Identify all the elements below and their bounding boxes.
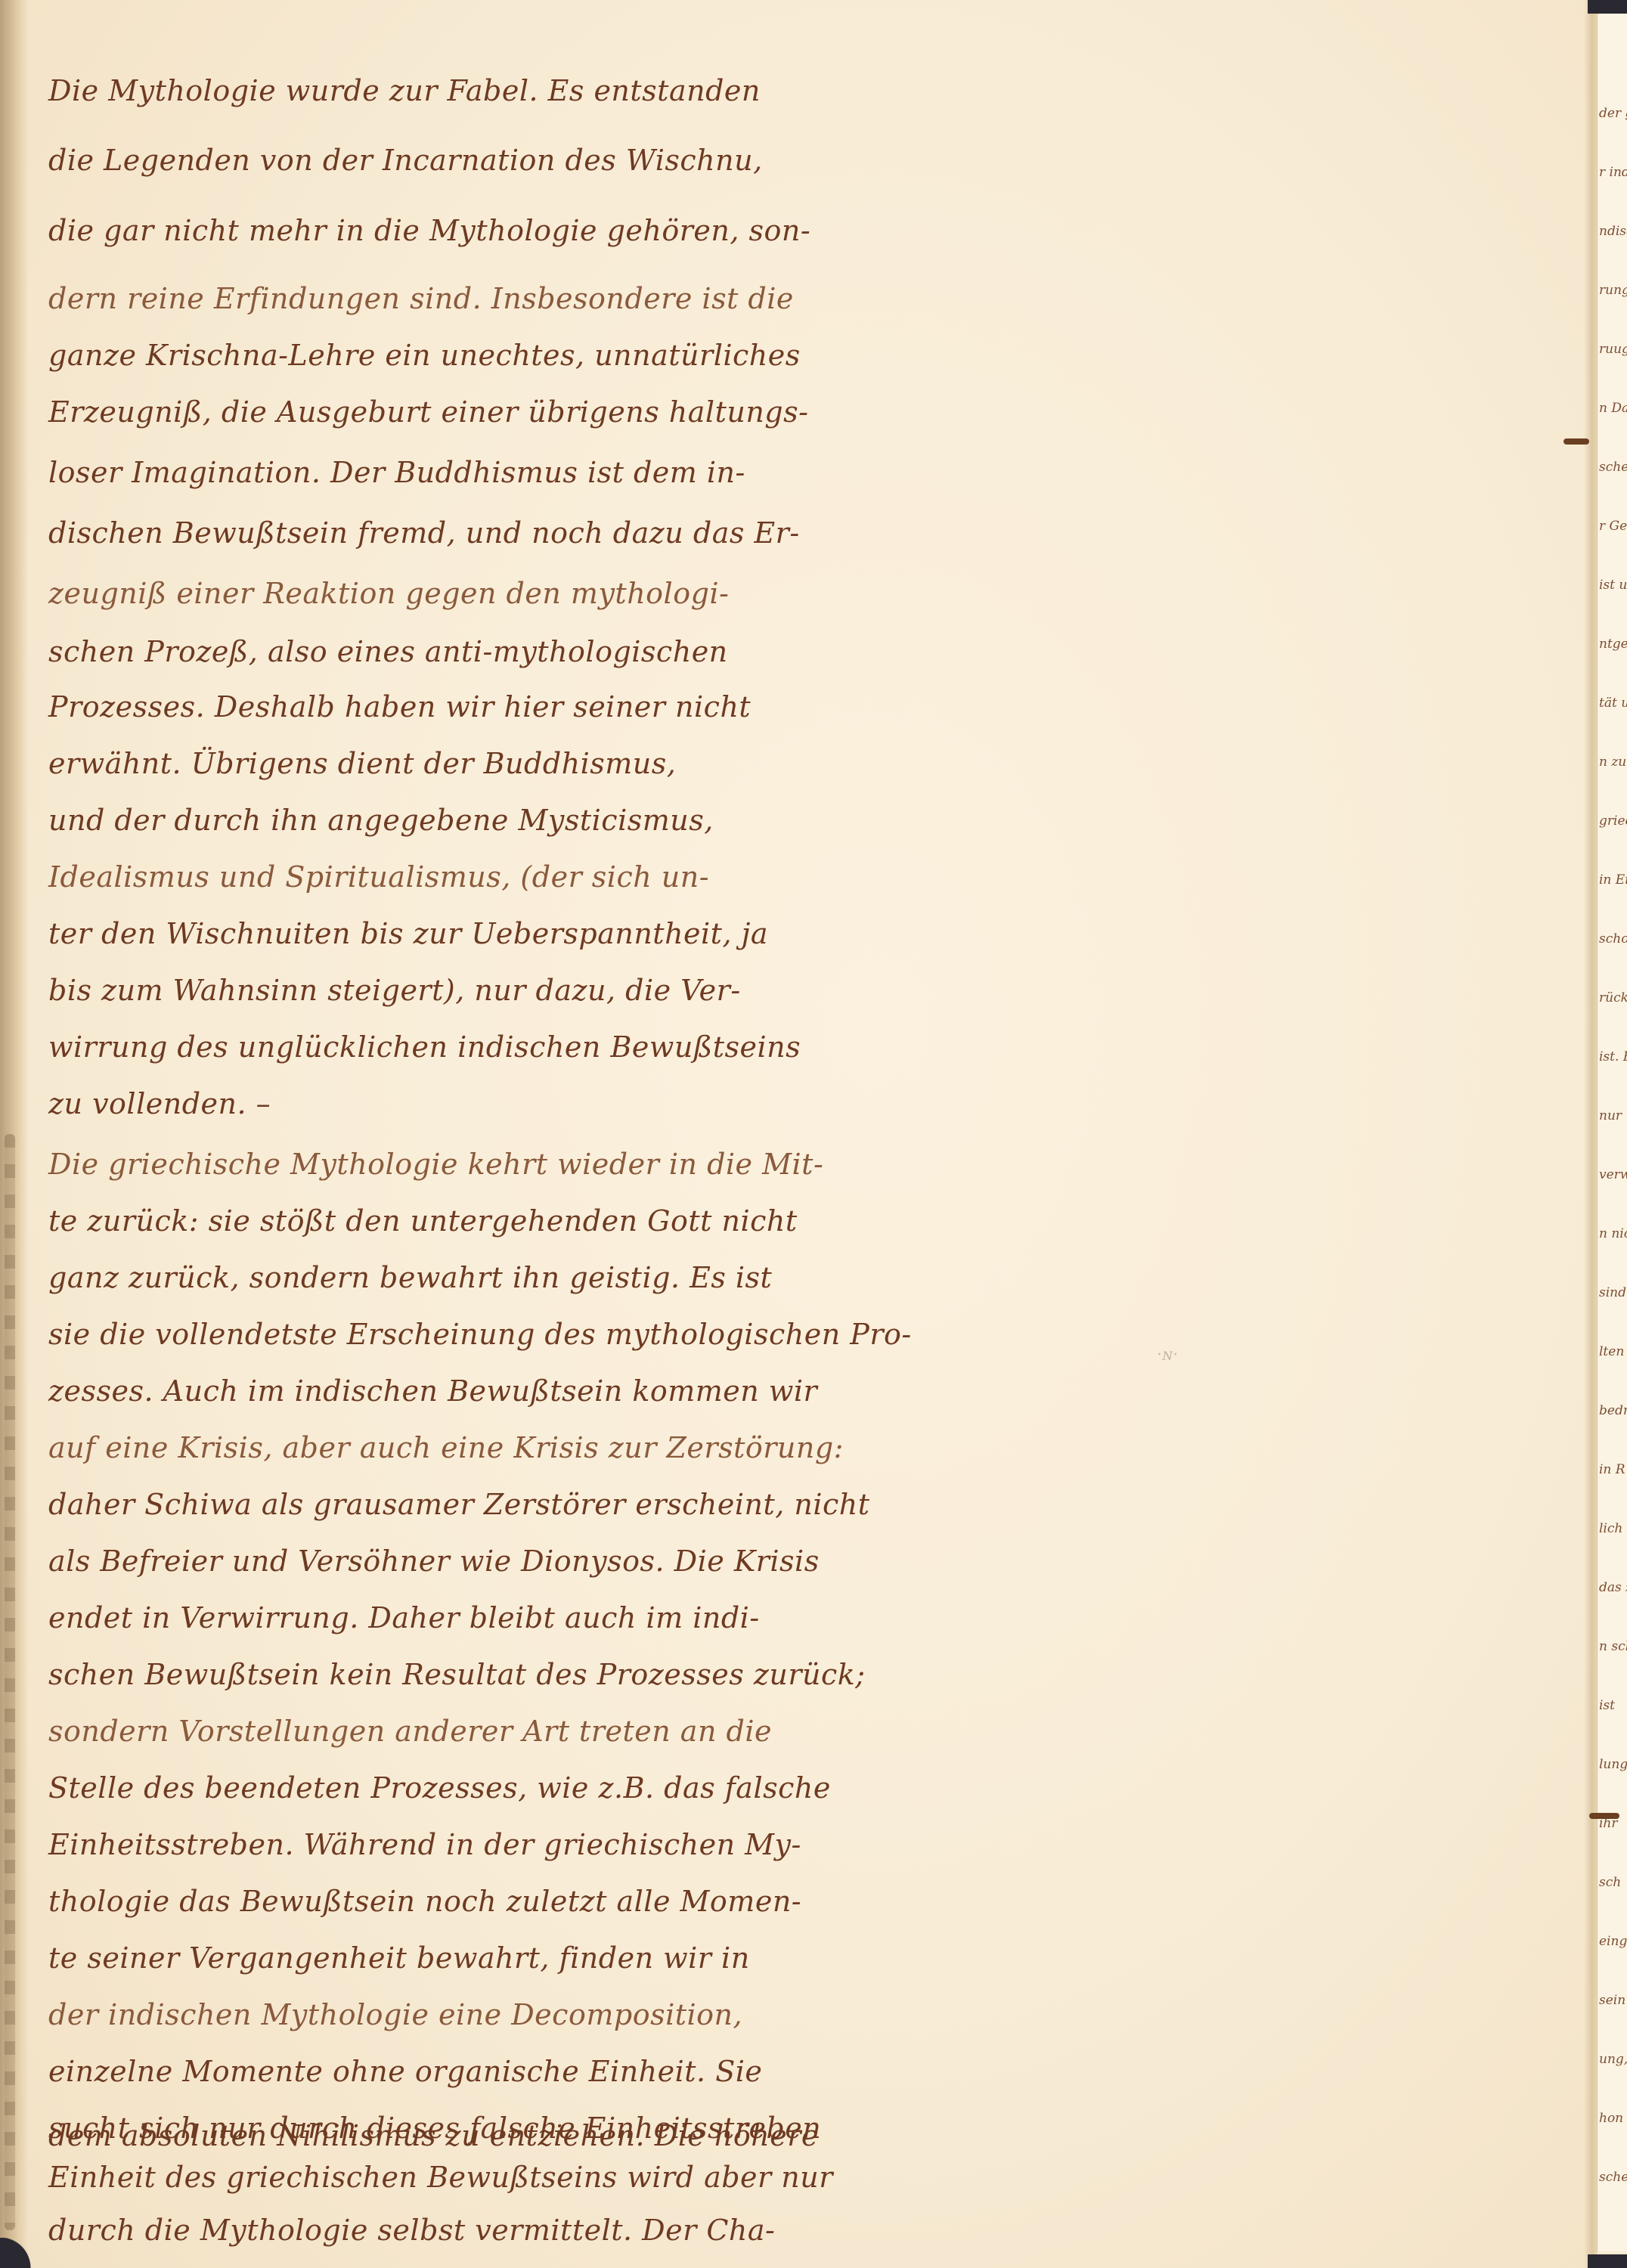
adjacent-page-text-fragment: in R: [1599, 1462, 1625, 1477]
handwritten-line: dem absoluten Nihilismus zu entziehen. D…: [48, 2113, 865, 2158]
handwritten-line: dischen Bewußtsein fremd, und noch dazu …: [48, 510, 865, 556]
handwritten-line: Prozesses. Deshalb haben wir hier seiner…: [48, 684, 865, 730]
manuscript-page: Die Mythologie wurde zur Fabel. Es entst…: [0, 0, 1595, 2268]
handwritten-line: dern reine Erfindungen sind. Insbesonder…: [48, 276, 865, 321]
handwritten-line: te seiner Vergangenheit bewahrt, finden …: [48, 1935, 865, 1981]
handwritten-line: erwähnt. Übrigens dient der Buddhismus,: [48, 741, 865, 786]
handwritten-line: schen Bewußtsein kein Resultat des Proze…: [48, 1652, 865, 1697]
handwritten-line: Idealismus und Spiritualismus, (der sich…: [48, 854, 865, 900]
adjacent-page-text-fragment: sch: [1599, 1875, 1621, 1890]
handwritten-line: bis zum Wahnsinn steigert), nur dazu, di…: [48, 968, 865, 1013]
handwritten-line: ganze Krischna-Lehre ein unechtes, unnat…: [48, 333, 865, 378]
handwritten-line: schen Prozeß, also eines anti-mythologis…: [48, 629, 865, 674]
adjacent-page-text-fragment: nur: [1599, 1108, 1622, 1123]
scan-border-top: [1588, 0, 1627, 14]
handwritten-line: wirrung des unglücklichen indischen Bewu…: [48, 1024, 865, 1070]
handwritten-line: ganz zurück, sondern bewahrt ihn geistig…: [48, 1255, 865, 1300]
adjacent-page-text-fragment: ist un: [1599, 578, 1627, 593]
adjacent-page-text-fragment: lich: [1599, 1521, 1622, 1536]
binding-tab-mark: [1589, 1813, 1619, 1819]
adjacent-page-text-fragment: der g: [1599, 106, 1627, 121]
handwritten-line: endet in Verwirrung. Daher bleibt auch i…: [48, 1595, 865, 1641]
handwritten-line: auf eine Krisis, aber auch eine Krisis z…: [48, 1425, 865, 1470]
adjacent-page-text-fragment: n zu: [1599, 754, 1626, 770]
adjacent-page-text-fragment: hon: [1599, 2111, 1623, 2126]
handwritten-line: Einheitsstreben. Während in der griechis…: [48, 1822, 865, 1867]
adjacent-page-text-fragment: ntgeh: [1599, 637, 1627, 652]
adjacent-page-text-fragment: n Dau: [1599, 401, 1627, 416]
handwritten-line: Die griechische Mythologie kehrt wieder …: [48, 1142, 865, 1187]
manuscript-scan: Die Mythologie wurde zur Fabel. Es entst…: [0, 0, 1627, 2268]
handwritten-line: Die Mythologie wurde zur Fabel. Es entst…: [48, 68, 865, 113]
handwritten-line: Erzeugniß, die Ausgeburt einer übrigens …: [48, 389, 865, 435]
handwritten-line: zu vollenden. –: [48, 1081, 865, 1126]
adjacent-page-text-fragment: das z: [1599, 1580, 1627, 1595]
adjacent-page-text-fragment: schon: [1599, 931, 1627, 947]
handwritten-line: die gar nicht mehr in die Mythologie geh…: [48, 208, 865, 253]
handwritten-line: der indischen Mythologie eine Decomposit…: [48, 1992, 865, 2037]
adjacent-page-text-fragment: sind n: [1599, 1285, 1627, 1300]
handwritten-line: zeugniß einer Reaktion gegen den mytholo…: [48, 571, 865, 616]
adjacent-page-text-fragment: r Geh: [1599, 519, 1627, 534]
adjacent-page-text-fragment: rück: [1599, 990, 1627, 1005]
adjacent-page-text-fragment: rung: [1599, 283, 1627, 298]
handwritten-line: thologie das Bewußtsein noch zuletzt all…: [48, 1879, 865, 1924]
handwritten-line: daher Schiwa als grausamer Zerstörer ers…: [48, 1482, 865, 1527]
handwritten-line: sie die vollendetste Erscheinung des myt…: [48, 1312, 865, 1357]
adjacent-page-text-fragment: r ind: [1599, 165, 1627, 180]
adjacent-page-text-fragment: ist. B: [1599, 1049, 1627, 1064]
binding-tab-mark: [1563, 438, 1589, 445]
adjacent-page-text-fragment: n sch: [1599, 1639, 1627, 1654]
binding-gutter: [1584, 0, 1598, 2268]
adjacent-page-text-fragment: schen: [1599, 460, 1627, 475]
handwritten-line: loser Imagination. Der Buddhismus ist de…: [48, 450, 865, 495]
handwritten-line: die Legenden von der Incarnation des Wis…: [48, 138, 865, 183]
frayed-page-edge: [0, 0, 29, 2268]
handwritten-line: und der durch ihn angegebene Mysticismus…: [48, 798, 865, 843]
adjacent-page-text-fragment: in Ei: [1599, 872, 1627, 888]
handwritten-line: ter den Wischnuiten bis zur Ueberspannth…: [48, 911, 865, 956]
adjacent-page-text-fragment: griech: [1599, 813, 1627, 829]
adjacent-page-text-fragment: n nich: [1599, 1226, 1627, 1241]
adjacent-page-text-fragment: ung,: [1599, 2052, 1627, 2067]
adjacent-page-text-fragment: sein: [1599, 1993, 1625, 2008]
adjacent-page-text-fragment: ist: [1599, 1698, 1615, 1713]
handwritten-line: te zurück: sie stößt den untergehenden G…: [48, 1198, 865, 1244]
adjacent-page-text-fragment: schen: [1599, 2170, 1627, 2185]
handwritten-line: Einheit des griechischen Bewußtseins wir…: [48, 2155, 865, 2200]
adjacent-page-text-fragment: lung: [1599, 1757, 1627, 1772]
handwritten-line: einzelne Momente ohne organische Einheit…: [48, 2049, 865, 2094]
adjacent-page-text-fragment: ruug: [1599, 342, 1627, 357]
scan-border-corner: [0, 2238, 45, 2268]
handwritten-line: sondern Vorstellungen anderer Art treten…: [48, 1709, 865, 1754]
adjacent-page-text-fragment: eingri: [1599, 1934, 1627, 1949]
handwritten-line: zesses. Auch im indischen Bewußtsein kom…: [48, 1368, 865, 1414]
adjacent-page-text-fragment: verw: [1599, 1167, 1627, 1182]
faint-show-through-mark: ·ɴ·: [1157, 1346, 1178, 1365]
adjacent-page-text-fragment: lten: [1599, 1344, 1624, 1359]
adjacent-page-text-fragment: bedn: [1599, 1403, 1627, 1418]
handwritten-line: als Befreier und Versöhner wie Dionysos.…: [48, 1538, 865, 1584]
adjacent-page-text-fragment: tät u: [1599, 696, 1627, 711]
handwritten-line-last: durch die Mythologie selbst vermittelt. …: [48, 2208, 865, 2253]
handwritten-line: Stelle des beendeten Prozesses, wie z.B.…: [48, 1765, 865, 1811]
adjacent-page-text-fragment: ndisch: [1599, 224, 1627, 239]
scan-border-bottom: [1588, 2254, 1627, 2268]
adjacent-page-strip: der gr indndischrungruugn Dauschenr Gehi…: [1597, 14, 1627, 2251]
